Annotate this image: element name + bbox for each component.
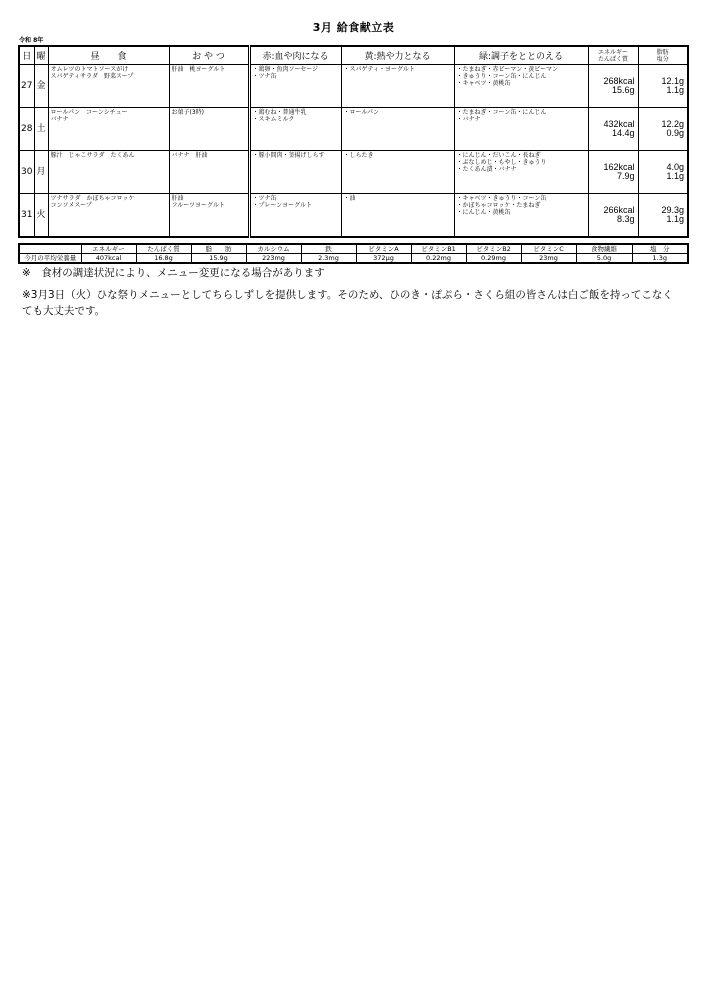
average-header: 食物繊維 [576,244,632,254]
average-header: ビタミンC [521,244,576,254]
header-weekday: 曜 [34,46,48,65]
green-item: ・ぶなしめじ・もやし・きゅうり [457,159,586,166]
weekday-cell: 土 [34,108,48,151]
fat-salt-cell: 29.3g1.1g [638,194,688,238]
red-item: ・豚小間肉・釜揚げしらす [253,152,339,159]
yellow-item: ・ロールパン [344,109,452,116]
day-cell: 28 [19,108,34,151]
menu-row: 27金オムレツのトマトソースがけスパゲティサラダ 野菜スープ肝油 桃ヨーグルト・… [19,65,688,108]
note-hinamatsuri: ※3月3日（火）ひな祭りメニューとしてちらしずしを提供します。そのため、ひのき・… [22,287,682,319]
lunch-item: ロールパン コーンシチュー [51,109,167,116]
protein-value: 8.3g [617,214,635,224]
red-item: ・プレーンヨーグルト [253,202,339,209]
header-fat: 脂肪塩分 [638,46,688,65]
red-item: ・鶏卵・魚肉ソーセージ [253,66,339,73]
note-menu-change: ※ 食材の調達状況により、メニュー変更になる場合があります [22,265,325,281]
day-cell: 31 [19,194,34,238]
lunch-item: スパゲティサラダ 野菜スープ [51,73,167,80]
menu-row: 28土ロールパン コーンシチューバナナお菓子(3時)・鶏むね・普通牛乳・スキムミ… [19,108,688,151]
yellow-food-cell: ・ロールパン [341,108,454,151]
protein-value: 7.9g [617,171,635,181]
yellow-food-cell: ・スパゲティ・ヨーグルト [341,65,454,108]
red-item: ・ツナ缶 [253,73,339,80]
snack-cell: 肝油フルーツヨーグルト [169,194,249,238]
yellow-food-cell: ・油 [341,194,454,238]
salt-value: 1.1g [666,214,684,224]
fat-salt-cell: 12.1g1.1g [638,65,688,108]
snack-cell: 肝油 桃ヨーグルト [169,65,249,108]
energy-protein-cell: 268kcal15.6g [588,65,638,108]
header-red: 赤:血や肉になる [249,46,341,65]
average-header: 塩 分 [632,244,688,254]
average-value: 15.9g [191,254,246,264]
header-salt-label: 塩分 [657,56,669,63]
weekday-cell: 火 [34,194,48,238]
salt-value: 1.1g [666,171,684,181]
header-row: 日 曜 昼 食 お や つ 赤:血や肉になる 黄:熱や力となる 緑:調子をととの… [19,46,688,65]
yellow-item: ・しらたき [344,152,452,159]
menu-row: 30月豚汁 じゃこサラダ たくあんバナナ 肝油・豚小間肉・釜揚げしらす・しらたき… [19,151,688,194]
green-food-cell: ・たまねぎ・コーン缶・にんじん・バナナ [454,108,588,151]
lunch-cell: ロールパン コーンシチューバナナ [48,108,169,151]
lunch-item: バナナ [51,116,167,123]
green-food-cell: ・キャベツ・きゅうり・コーン缶・かぼちゃコロッケ・たまねぎ・にんじん・黄桃缶 [454,194,588,238]
average-header: 鉄 [301,244,356,254]
header-energy: エネルギーたんぱく質 [588,46,638,65]
green-item: ・たくあん漬・バナナ [457,166,586,173]
red-food-cell: ・鶏卵・魚肉ソーセージ・ツナ缶 [249,65,341,108]
green-item: ・きゅうり・コーン缶・にんじん [457,73,586,80]
average-value: 16.8g [136,254,191,264]
snack-item: お菓子(3時) [172,109,246,116]
snack-item: バナナ 肝油 [172,152,246,159]
yellow-item: ・スパゲティ・ヨーグルト [344,66,452,73]
green-item: ・にんじん・だいこん・長ねぎ [457,152,586,159]
salt-value: 1.1g [666,85,684,95]
average-row-label: 今月の平均栄養量 [19,254,81,264]
yellow-food-cell: ・しらたき [341,151,454,194]
snack-item: フルーツヨーグルト [172,202,246,209]
green-item: ・かぼちゃコロッケ・たまねぎ [457,202,586,209]
average-header: ビタミンB2 [466,244,521,254]
yellow-item: ・油 [344,195,452,202]
lunch-item: コンソメスープ [51,202,167,209]
snack-item: 肝油 桃ヨーグルト [172,66,246,73]
fat-salt-cell: 12.2g0.9g [638,108,688,151]
menu-row: 31火ツナサラダ かぼちゃコロッケコンソメスープ肝油フルーツヨーグルト・ツナ缶・… [19,194,688,238]
average-value: 0.22mg [411,254,466,264]
energy-protein-cell: 162kcal7.9g [588,151,638,194]
average-value: 0.29mg [466,254,521,264]
average-value: 1.3g [632,254,688,264]
lunch-cell: ツナサラダ かぼちゃコロッケコンソメスープ [48,194,169,238]
average-header: ビタミンB1 [411,244,466,254]
average-header: エネルギー [81,244,136,254]
page-title: 3月 給食献立表 [0,19,707,35]
average-header: たんぱく質 [136,244,191,254]
fat-salt-cell: 4.0g1.1g [638,151,688,194]
lunch-cell: オムレツのトマトソースがけスパゲティサラダ 野菜スープ [48,65,169,108]
snack-cell: お菓子(3時) [169,108,249,151]
protein-value: 15.6g [612,85,635,95]
average-value: 372μg [356,254,411,264]
header-green: 緑:調子をととのえる [454,46,588,65]
weekday-cell: 月 [34,151,48,194]
red-item: ・スキムミルク [253,116,339,123]
average-value: 223mg [246,254,301,264]
lunch-item: 豚汁 じゃこサラダ たくあん [51,152,167,159]
weekday-cell: 金 [34,65,48,108]
snack-cell: バナナ 肝油 [169,151,249,194]
average-header: 脂 肪 [191,244,246,254]
green-item: ・たまねぎ・赤ピーマン・黄ピーマン [457,66,586,73]
average-value: 5.0g [576,254,632,264]
energy-protein-cell: 432kcal14.4g [588,108,638,151]
header-energy-label: エネルギー [598,49,628,56]
header-protein-label: たんぱく質 [598,56,628,63]
red-item: ・ツナ缶 [253,195,339,202]
average-value: 23mg [521,254,576,264]
lunch-item: オムレツのトマトソースがけ [51,66,167,73]
energy-protein-cell: 266kcal8.3g [588,194,638,238]
green-item: ・キャベツ・黄桃缶 [457,80,586,87]
average-nutrition-table: エネルギーたんぱく質脂 肪カルシウム鉄ビタミンAビタミンB1ビタミンB2ビタミン… [18,243,689,264]
green-item: ・にんじん・黄桃缶 [457,209,586,216]
average-header-row: エネルギーたんぱく質脂 肪カルシウム鉄ビタミンAビタミンB1ビタミンB2ビタミン… [19,244,688,254]
red-item: ・鶏むね・普通牛乳 [253,109,339,116]
average-header: ビタミンA [356,244,411,254]
header-fat-label: 脂肪 [657,49,669,56]
average-header: カルシウム [246,244,301,254]
lunch-cell: 豚汁 じゃこサラダ たくあん [48,151,169,194]
header-snack: お や つ [169,46,249,65]
green-item: ・バナナ [457,116,586,123]
average-value: 407kcal [81,254,136,264]
era-label: 令和 8年 [19,35,43,44]
menu-table: 日 曜 昼 食 お や つ 赤:血や肉になる 黄:熱や力となる 緑:調子をととの… [18,45,689,238]
protein-value: 14.4g [612,128,635,138]
green-item: ・たまねぎ・コーン缶・にんじん [457,109,586,116]
red-food-cell: ・豚小間肉・釜揚げしらす [249,151,341,194]
green-food-cell: ・たまねぎ・赤ピーマン・黄ピーマン・きゅうり・コーン缶・にんじん・キャベツ・黄桃… [454,65,588,108]
day-cell: 27 [19,65,34,108]
header-yellow: 黄:熱や力となる [341,46,454,65]
lunch-item: ツナサラダ かぼちゃコロッケ [51,195,167,202]
average-corner [19,244,81,254]
snack-item: 肝油 [172,195,246,202]
average-value: 2.3mg [301,254,356,264]
day-cell: 30 [19,151,34,194]
header-lunch: 昼 食 [48,46,169,65]
green-item: ・キャベツ・きゅうり・コーン缶 [457,195,586,202]
salt-value: 0.9g [666,128,684,138]
red-food-cell: ・ツナ缶・プレーンヨーグルト [249,194,341,238]
header-day: 日 [19,46,34,65]
green-food-cell: ・にんじん・だいこん・長ねぎ・ぶなしめじ・もやし・きゅうり・たくあん漬・バナナ [454,151,588,194]
red-food-cell: ・鶏むね・普通牛乳・スキムミルク [249,108,341,151]
average-values-row: 今月の平均栄養量407kcal16.8g15.9g223mg2.3mg372μg… [19,254,688,264]
